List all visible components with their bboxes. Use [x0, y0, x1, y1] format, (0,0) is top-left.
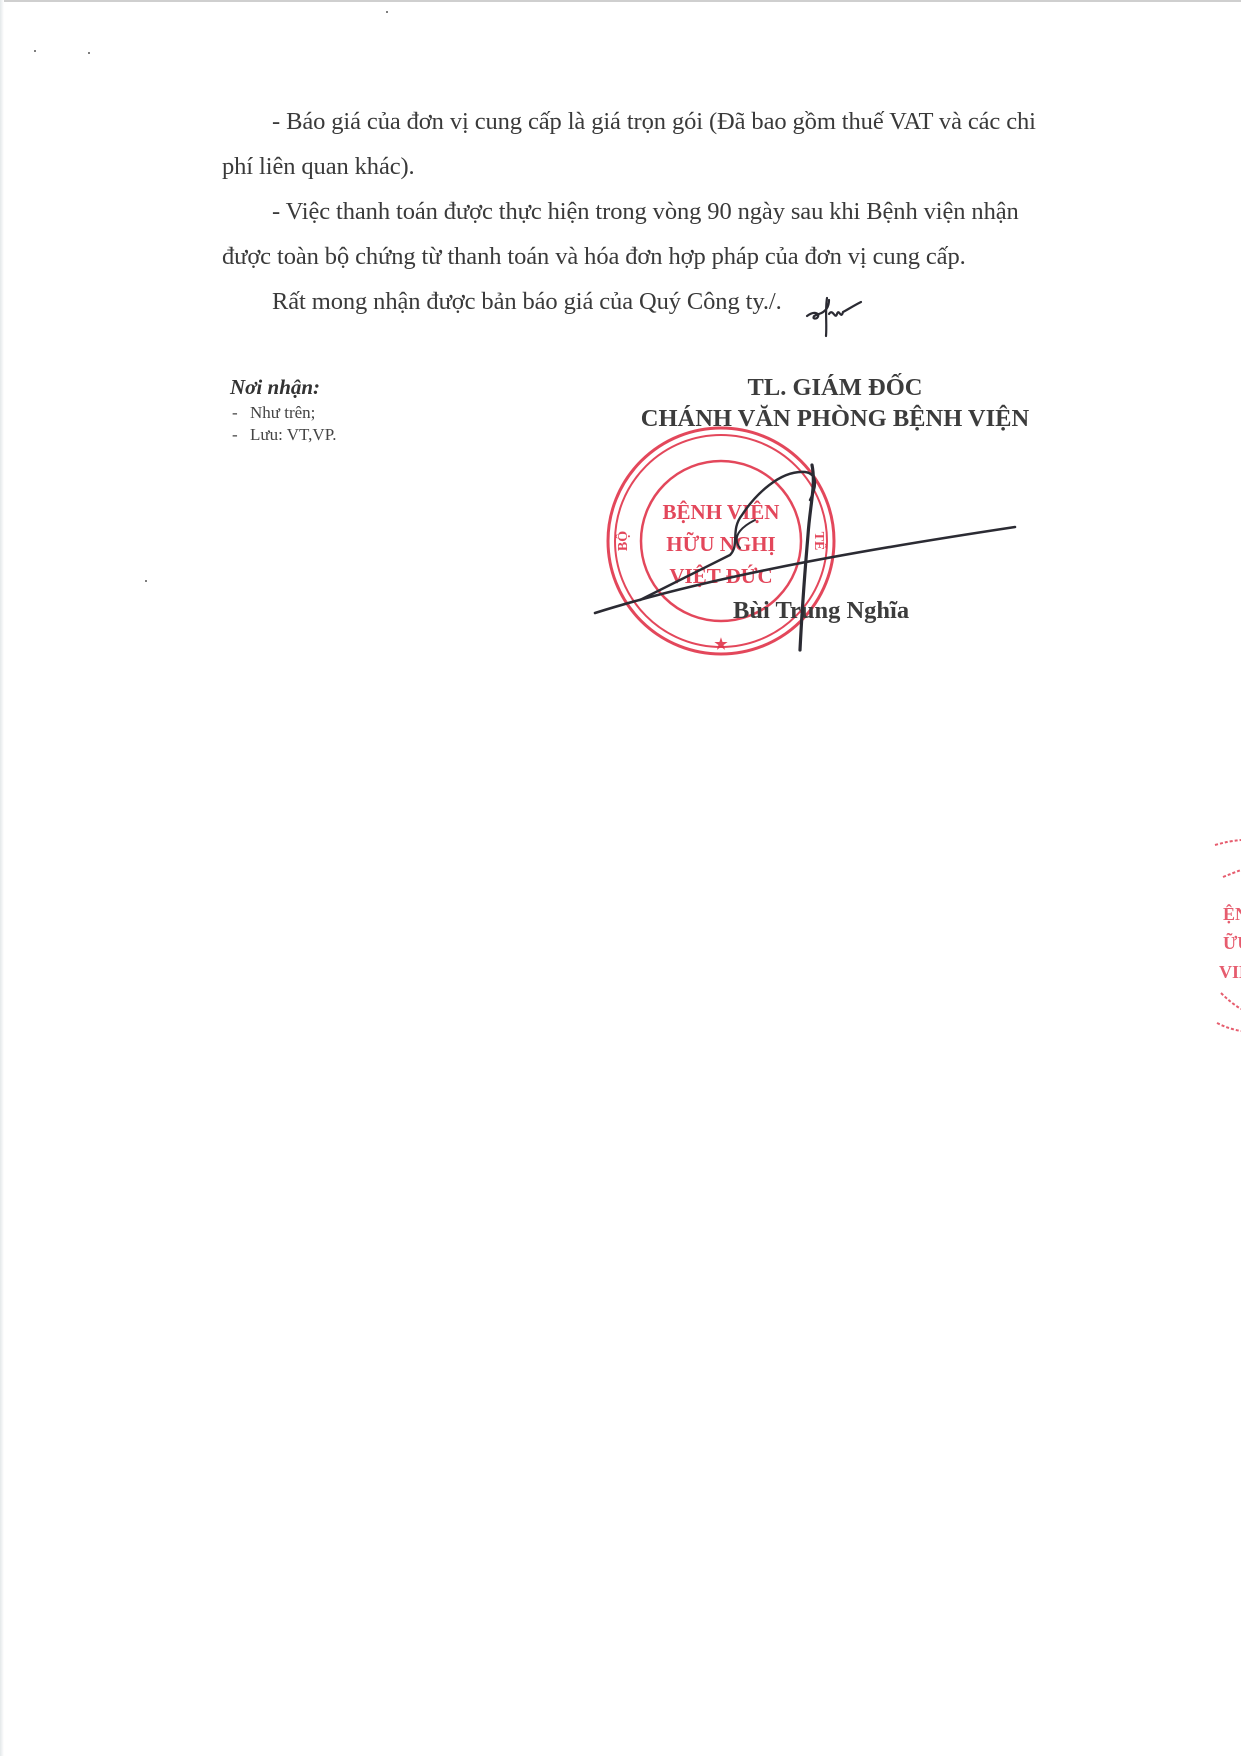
paragraph-closing: Rất mong nhận được bản báo giá của Quý C…	[272, 288, 782, 316]
edge-stamp-text: ỆN	[1223, 903, 1241, 924]
scan-top-edge	[0, 0, 1241, 2]
recipients-heading: Nơi nhận:	[230, 375, 337, 400]
handwritten-signature-icon	[580, 460, 1020, 660]
signer-title-1: TL. GIÁM ĐỐC	[600, 372, 1070, 403]
recipient-item: -Như trên;	[230, 402, 337, 424]
paragraph-payment-line-1: - Việc thanh toán được thực hiện trong v…	[272, 198, 1019, 226]
scan-speck	[34, 50, 36, 52]
recipient-item: -Lưu: VT,VP.	[230, 424, 337, 446]
edge-stamp-text: ỮU	[1223, 932, 1241, 953]
partial-stamp-edge-icon: ỆN ỮU VIỆ	[1195, 815, 1241, 1045]
scan-speck	[386, 11, 388, 13]
recipients-block: Nơi nhận: -Như trên; -Lưu: VT,VP.	[230, 375, 337, 446]
scan-speck	[88, 52, 90, 54]
paragraph-payment-line-2: được toàn bộ chứng từ thanh toán và hóa …	[222, 243, 966, 271]
scan-speck	[145, 580, 147, 582]
initials-signature-icon	[805, 290, 865, 340]
scan-left-edge	[0, 0, 4, 1756]
edge-stamp-text: VIỆ	[1219, 961, 1241, 982]
paragraph-vat-line-2: phí liên quan khác).	[222, 153, 415, 181]
paragraph-vat-line-1: - Báo giá của đơn vị cung cấp là giá trọ…	[272, 108, 1036, 136]
